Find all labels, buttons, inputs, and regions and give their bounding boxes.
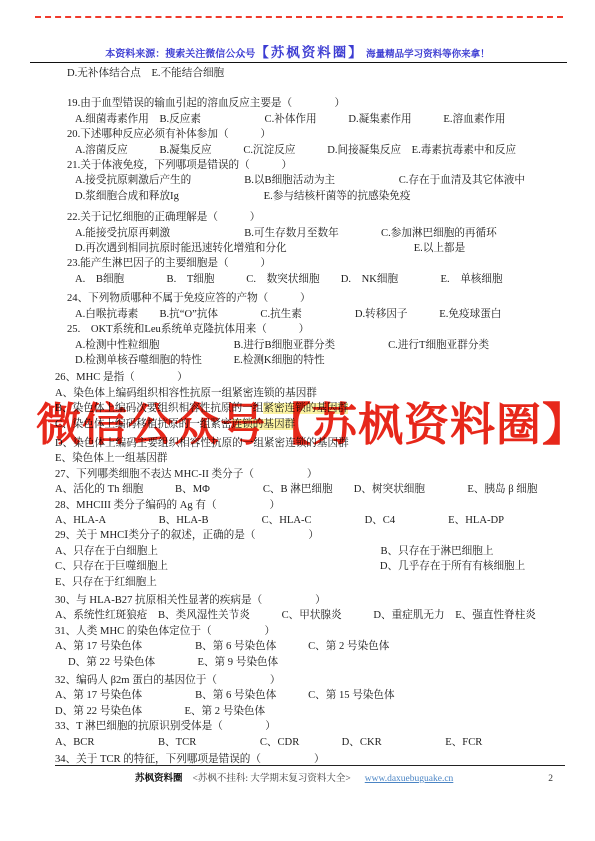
text-line: 22.关于记忆细胞的正确理解是（ ） bbox=[55, 210, 571, 225]
text-line: D.无补体结合点 E.不能结合细胞 bbox=[55, 66, 571, 81]
text-segment: 27、下列哪类细胞不表达 MHC-II 类分子（ ） bbox=[55, 469, 317, 480]
text-segment: E、染色体上一组基因群 bbox=[55, 453, 167, 464]
page-number: 2 bbox=[548, 774, 553, 784]
text-segment: A.白喉抗毒素 B.抗“O”抗体 C.抗生素 D.转移因子 E.免疫球蛋白 bbox=[75, 309, 501, 320]
text-segment: D.检测单核吞噬细胞的特性 E.检测K细胞的特性 bbox=[75, 355, 325, 366]
text-segment: D、第 22 号染色体 E、第 9 号染色体 bbox=[68, 657, 278, 668]
text-line: D、第 22 号染色体 E、第 2 号染色体 bbox=[55, 704, 571, 719]
text-segment: A.溶菌反应 B.凝集反应 C.沉淀反应 D.间接凝集反应 E.毒素抗毒素中和反… bbox=[75, 145, 516, 156]
text-line: 19.由于血型错误的输血引起的溶血反应主要是（ ） bbox=[55, 96, 571, 111]
text-segment: 28、MHCIII 类分子编码的 Ag 有（ ） bbox=[55, 500, 280, 511]
text-segment: A、第 17 号染色体 B、第 6 号染色体 C、第 2 号染色体 bbox=[55, 641, 389, 652]
text-line: 33、T 淋巴细胞的抗原识别受体是（ ） bbox=[55, 719, 571, 734]
text-line: 31、人类 MHC 的染色体定位于（ ） bbox=[55, 624, 571, 639]
text-line: D.再次遇到相同抗原时能迅速转化增殖和分化 E.以上都是 bbox=[55, 241, 571, 256]
text-line: 27、下列哪类细胞不表达 MHC-II 类分子（ ） bbox=[55, 467, 571, 482]
header-brand: 【苏枫资料圈】 bbox=[255, 45, 364, 60]
text-segment: 25. OKT系统和Leu系统单克隆抗体用来（ ） bbox=[67, 324, 309, 335]
text-line: A.细菌毒素作用 B.反应素 C.补体作用 D.凝集素作用 E.溶血素作用 bbox=[55, 112, 571, 127]
text-segment: E、只存在于红细胞上 bbox=[55, 577, 157, 588]
top-dashed-divider bbox=[35, 16, 563, 18]
text-segment: A、第 17 号染色体 B、第 6 号染色体 C、第 15 号染色体 bbox=[55, 690, 395, 701]
text-line: E、染色体上一组基因群 bbox=[55, 451, 571, 466]
text-segment: A、活化的 Th 细胞 B、MΦ C、B 淋巴细胞 D、树突状细胞 E、胰岛 β… bbox=[55, 484, 538, 495]
text-segment: A、HLA-A B、HLA-B C、HLA-C D、C4 E、HLA-DP bbox=[55, 515, 504, 526]
text-segment: A.接受抗原刺激后产生的 B.以B细胞活动为主 C.存在于血清及其它体液中 bbox=[75, 175, 525, 186]
text-line: 21.关于体液免疫，下列哪项是错误的（ ） bbox=[55, 158, 571, 173]
text-segment: A.检测中性粒细胞 B.进行B细胞亚群分类 C.进行T细胞亚群分类 bbox=[75, 340, 489, 351]
text-line: 25. OKT系统和Leu系统单克隆抗体用来（ ） bbox=[55, 322, 571, 337]
footer-brand: 苏枫资料圈 bbox=[135, 770, 183, 784]
text-segment: 30、与 HLA-B27 抗原相关性显著的疾病是（ ） bbox=[55, 595, 326, 606]
text-segment: 34、关于 TCR 的特征，下列哪项是错误的（ ） bbox=[55, 754, 325, 765]
text-segment: A.能接受抗原再刺激 B.可生存数月至数年 C.参加淋巴细胞的再循环 bbox=[75, 228, 497, 239]
text-line: A.接受抗原刺激后产生的 B.以B细胞活动为主 C.存在于血清及其它体液中 bbox=[55, 173, 571, 188]
text-line: 20.下述哪种反应必须有补体参加（ ） bbox=[55, 127, 571, 142]
text-segment: 33、T 淋巴细胞的抗原识别受体是（ ） bbox=[55, 721, 276, 732]
header-rule bbox=[30, 62, 567, 63]
text-segment: A、只存在于白细胞上 B、只存在于淋巴细胞上 bbox=[55, 546, 493, 557]
text-segment: 21.关于体液免疫，下列哪项是错误的（ ） bbox=[67, 160, 292, 171]
text-segment: A. B细胞 B. T细胞 C. 数突状细胞 D. NK细胞 E. 单核细胞 bbox=[75, 274, 503, 285]
header-notice: 本资料来源：搜索关注微信公众号【苏枫资料圈】 海量精品学习资料等你来拿！ bbox=[0, 41, 595, 62]
text-segment: 24、下列物质哪种不属于免疫应答的产物（ ） bbox=[67, 293, 311, 304]
text-segment: D.浆细胞合成和释放Ig E.参与结核杆菌等的抗感染免疫 bbox=[75, 191, 410, 202]
text-segment: 32、编码人 β2m 蛋白的基因位于（ ） bbox=[55, 675, 281, 686]
header-notice-prefix: 本资料来源：搜索关注微信公众号 bbox=[105, 49, 255, 60]
text-line: D.浆细胞合成和释放Ig E.参与结核杆菌等的抗感染免疫 bbox=[55, 189, 571, 204]
text-line: C、只存在于巨噬细胞上 D、几乎存在于所有有核细胞上 bbox=[55, 559, 571, 574]
text-line: A. B细胞 B. T细胞 C. 数突状细胞 D. NK细胞 E. 单核细胞 bbox=[55, 272, 571, 287]
text-line: E、只存在于红细胞上 bbox=[55, 575, 571, 590]
text-line: 29、关于 MHCⅠ类分子的叙述，正确的是（ ） bbox=[55, 528, 571, 543]
text-segment: A.细菌毒素作用 B.反应素 C.补体作用 D.凝集素作用 E.溶血素作用 bbox=[75, 114, 506, 125]
footer-url-link[interactable]: www.daxuebuguake.cn bbox=[365, 774, 454, 784]
text-segment: D.再次遇到相同抗原时能迅速转化增殖和分化 E.以上都是 bbox=[75, 243, 465, 254]
text-segment: A、BCR B、TCR C、CDR D、CKR E、FCR bbox=[55, 737, 482, 748]
text-line: D.检测单核吞噬细胞的特性 E.检测K细胞的特性 bbox=[55, 353, 571, 368]
text-line: A、只存在于白细胞上 B、只存在于淋巴细胞上 bbox=[55, 544, 571, 559]
text-segment: C、只存在于巨噬细胞上 D、几乎存在于所有有核细胞上 bbox=[55, 561, 525, 572]
text-line: A.能接受抗原再刺激 B.可生存数月至数年 C.参加淋巴细胞的再循环 bbox=[55, 226, 571, 241]
text-segment: D、第 22 号染色体 E、第 2 号染色体 bbox=[55, 706, 265, 717]
footer-rule bbox=[55, 765, 565, 766]
text-segment: 31、人类 MHC 的染色体定位于（ ） bbox=[55, 626, 275, 637]
header-notice-suffix: 海量精品学习资料等你来拿！ bbox=[364, 50, 490, 60]
text-line: A、系统性红斑狼疮 B、类风湿性关节炎 C、甲状腺炎 D、重症肌无力 E、强直性… bbox=[55, 608, 571, 623]
text-segment: 29、关于 MHCⅠ类分子的叙述，正确的是（ ） bbox=[55, 530, 319, 541]
footer-tagline: <苏枫不挂科: 大学期末复习资料大全> bbox=[193, 770, 351, 784]
text-line: 28、MHCIII 类分子编码的 Ag 有（ ） bbox=[55, 498, 571, 513]
text-line: A、活化的 Th 细胞 B、MΦ C、B 淋巴细胞 D、树突状细胞 E、胰岛 β… bbox=[55, 482, 571, 497]
text-segment: A、系统性红斑狼疮 B、类风湿性关节炎 C、甲状腺炎 D、重症肌无力 E、强直性… bbox=[55, 610, 536, 621]
text-line: 23.能产生淋巴因子的主要细胞是（ ） bbox=[55, 256, 571, 271]
text-line: A、第 17 号染色体 B、第 6 号染色体 C、第 15 号染色体 bbox=[55, 688, 571, 703]
text-segment: 20.下述哪种反应必须有补体参加（ ） bbox=[67, 129, 271, 140]
text-segment: 19.由于血型错误的输血引起的溶血反应主要是（ ） bbox=[67, 98, 345, 109]
text-line: A.检测中性粒细胞 B.进行B细胞亚群分类 C.进行T细胞亚群分类 bbox=[55, 338, 571, 353]
text-line: A、HLA-A B、HLA-B C、HLA-C D、C4 E、HLA-DP bbox=[55, 513, 571, 528]
text-line: 24、下列物质哪种不属于免疫应答的产物（ ） bbox=[55, 291, 571, 306]
text-segment: 23.能产生淋巴因子的主要细胞是（ ） bbox=[67, 258, 271, 269]
document-page: 本资料来源：搜索关注微信公众号【苏枫资料圈】 海量精品学习资料等你来拿！ D.无… bbox=[0, 0, 595, 841]
text-line: A、BCR B、TCR C、CDR D、CKR E、FCR bbox=[55, 735, 571, 750]
watermark-text: 微信公众号【苏枫资料圈】 bbox=[36, 388, 588, 453]
text-line: 30、与 HLA-B27 抗原相关性显著的疾病是（ ） bbox=[55, 593, 571, 608]
text-line: D、第 22 号染色体 E、第 9 号染色体 bbox=[55, 655, 571, 670]
text-line: 32、编码人 β2m 蛋白的基因位于（ ） bbox=[55, 673, 571, 688]
text-line: 26、MHC 是指（ ） bbox=[55, 370, 571, 385]
text-segment: 22.关于记忆细胞的正确理解是（ ） bbox=[67, 212, 260, 223]
text-line: A、第 17 号染色体 B、第 6 号染色体 C、第 2 号染色体 bbox=[55, 639, 571, 654]
text-line: A.白喉抗毒素 B.抗“O”抗体 C.抗生素 D.转移因子 E.免疫球蛋白 bbox=[55, 307, 571, 322]
text-segment: 26、MHC 是指（ ） bbox=[55, 372, 188, 383]
footer: 苏枫资料圈 <苏枫不挂科: 大学期末复习资料大全> www.daxuebugua… bbox=[55, 770, 567, 784]
text-line: A.溶菌反应 B.凝集反应 C.沉淀反应 D.间接凝集反应 E.毒素抗毒素中和反… bbox=[55, 143, 571, 158]
text-segment: D.无补体结合点 E.不能结合细胞 bbox=[67, 68, 224, 79]
